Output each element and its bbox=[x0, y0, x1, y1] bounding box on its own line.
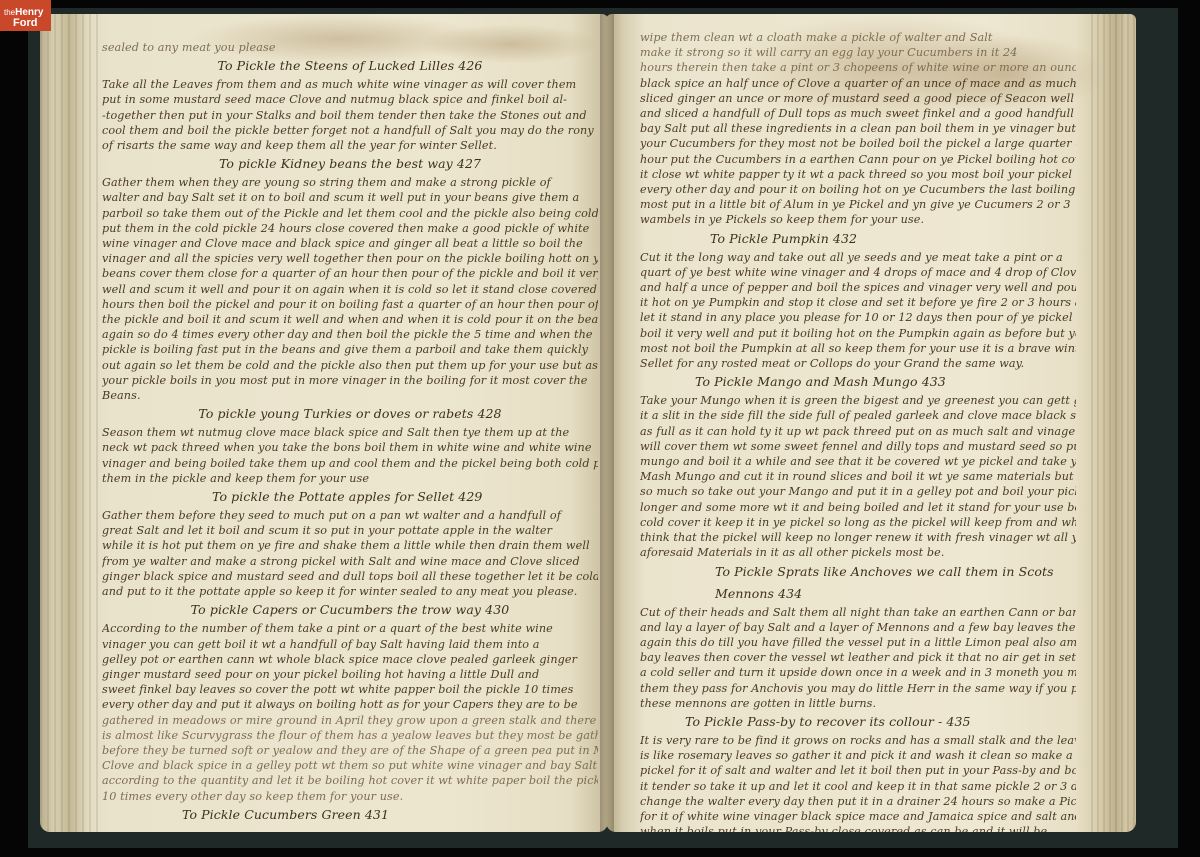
recipe-line: according to the quantity and let it be … bbox=[102, 773, 598, 788]
carryover-line: hour put the Cucumbers in a earthen Cann… bbox=[640, 152, 1076, 167]
carryover-line: bay Salt put all these ingredients in a … bbox=[640, 121, 1076, 136]
recipe-line: when it boils put in your Pass-by close … bbox=[640, 824, 1076, 832]
recipe-line: gelley pot or earthen cann wt whole blac… bbox=[102, 652, 598, 667]
recipe-title: To Pickle Pumpkin 432 bbox=[640, 228, 1076, 250]
recipe-line: walter and bay Salt set it on to boil an… bbox=[102, 190, 598, 205]
recipe-line: wine vinager and Clove mace and black sp… bbox=[102, 236, 598, 251]
carryover-line: every other day and pour it on boiling h… bbox=[640, 182, 1076, 197]
left-page-text: sealed to any meat you please To Pickle … bbox=[102, 40, 598, 826]
recipe-line: vinager you can gett boil it wt a handfu… bbox=[102, 637, 598, 652]
recipe-line: It is very rare to be find it grows on r… bbox=[640, 733, 1076, 748]
recipe-line: Take all the Leaves from them and as muc… bbox=[102, 77, 598, 92]
recipe-line: boil it very well and put it boiling hot… bbox=[640, 326, 1076, 341]
recipe-line: of risarts the same way and keep them al… bbox=[102, 138, 598, 153]
recipe-line: change the walter every day then put it … bbox=[640, 794, 1076, 809]
recipe-line: ginger mustard seed pour on your pickel … bbox=[102, 667, 598, 682]
carryover-line: your Cucumbers for they most not be boil… bbox=[640, 136, 1076, 151]
book-gutter bbox=[600, 14, 614, 832]
recipe-line: gathered in meadows or mire ground in Ap… bbox=[102, 713, 598, 728]
recipe-line: while it is hot put them on ye fire and … bbox=[102, 538, 598, 553]
recipe-line: great Salt and let it boil and scum it s… bbox=[102, 523, 598, 538]
recipe-line: will cover them wt some sweet fennel and… bbox=[640, 439, 1076, 454]
recipe-line: Take your Mungo when it is green the big… bbox=[640, 393, 1076, 408]
recipe-line: vinager and being boiled take them up an… bbox=[102, 456, 598, 471]
recipe-line: as full as it can hold ty it up wt pack … bbox=[640, 424, 1076, 439]
recipe-line: it a slit in the side fill the side full… bbox=[640, 408, 1076, 423]
recipe-line: every other day and put it always on boi… bbox=[102, 697, 598, 712]
recipe-line: sweet finkel bay leaves so cover the pot… bbox=[102, 682, 598, 697]
recipe-line: Gather them before they seed to much put… bbox=[102, 508, 598, 523]
recipe-line: Clove and black spice in a gelley pott w… bbox=[102, 758, 598, 773]
recipe-line: it hot on ye Pumpkin and stop it close a… bbox=[640, 295, 1076, 310]
recipe-line: longer and some more wt it and being boi… bbox=[640, 500, 1076, 515]
recipe-line: is almost like Scurvygrass the flour of … bbox=[102, 728, 598, 743]
recipe-title: To pickle young Turkies or doves or rabe… bbox=[102, 403, 598, 425]
recipe-line: -together then put in your Stalks and bo… bbox=[102, 108, 598, 123]
logo-the: the bbox=[4, 9, 15, 17]
recipe-line: is like rosemary leaves so gather it and… bbox=[640, 748, 1076, 763]
carryover-line: sealed to any meat you please bbox=[102, 40, 598, 55]
recipe-line: put them in the cold pickle 24 hours clo… bbox=[102, 221, 598, 236]
recipe-line: Season them wt nutmug clove mace black s… bbox=[102, 425, 598, 440]
recipe-title: To pickle Kidney beans the best way 427 bbox=[102, 153, 598, 175]
carryover-line: it close wt white papper ty it wt a pack… bbox=[640, 167, 1076, 182]
recipe-line: out again so let them be cold and the pi… bbox=[102, 358, 598, 373]
recipe-line: Beans. bbox=[102, 388, 598, 403]
right-page: wipe them clean wt a cloath make a pickl… bbox=[606, 14, 1136, 832]
recipe-line: neck wt pack threed when you take the bo… bbox=[102, 440, 598, 455]
carryover-line: wipe them clean wt a cloath make a pickl… bbox=[640, 30, 1076, 45]
recipe-line: Mash Mungo and cut it in round slices an… bbox=[640, 469, 1076, 484]
recipe-line: think that the pickel will keep no longe… bbox=[640, 530, 1076, 545]
recipe-line: Gather them when they are young so strin… bbox=[102, 175, 598, 190]
recipe-line: these mennons are gotten in little burns… bbox=[640, 696, 1076, 711]
recipe-line: it tender so take it up and let it cool … bbox=[640, 779, 1076, 794]
recipe-line: for it of white wine vinager black spice… bbox=[640, 809, 1076, 824]
recipe-line: and lay a layer of bay Salt and a layer … bbox=[640, 620, 1076, 635]
recipe-line: Sellet for any rosted meat or Collops do… bbox=[640, 356, 1076, 371]
carryover-line: hours therein then take a pint or 3 chop… bbox=[640, 60, 1076, 75]
recipe-line: pickel for it of salt and walter and let… bbox=[640, 763, 1076, 778]
recipe-line: pickle is boiling fast put in the beans … bbox=[102, 342, 598, 357]
recipe-line: let it stand in any place you please for… bbox=[640, 310, 1076, 325]
recipe-line: Cut it the long way and take out all ye … bbox=[640, 250, 1076, 265]
henry-ford-logo: theHenry Ford bbox=[0, 0, 51, 31]
recipe-line: put in some mustard seed mace Clove and … bbox=[102, 92, 598, 107]
recipe-line: quart of ye best white wine vinager and … bbox=[640, 265, 1076, 280]
recipe-line: well and scum it well and pour it on aga… bbox=[102, 282, 598, 297]
recipe-line: parboil so take them out of the Pickle a… bbox=[102, 206, 598, 221]
recipe-title: To pickle Capers or Cucumbers the trow w… bbox=[102, 599, 598, 621]
recipe-line: hours then boil the pickel and pour it o… bbox=[102, 297, 598, 312]
recipe-line: and half a unce of pepper and boil the s… bbox=[640, 280, 1076, 295]
recipe-line: 10 times every other day so keep them fo… bbox=[102, 789, 598, 804]
recipe-line: aforesaid Materials in it as all other p… bbox=[640, 545, 1076, 560]
recipe-title: To pickle the Pottate apples for Sellet … bbox=[102, 486, 598, 508]
logo-ford: Ford bbox=[4, 18, 49, 29]
recipe-line: again so do 4 times every other day and … bbox=[102, 327, 598, 342]
recipe-line: so much so take out your Mango and put i… bbox=[640, 484, 1076, 499]
recipe-title: To Pickle the Steens of Lucked Lilles 42… bbox=[102, 55, 598, 77]
recipe-line: bay leaves then cover the vessel wt leat… bbox=[640, 650, 1076, 665]
carryover-line: most put in a little bit of Alum in ye P… bbox=[640, 197, 1076, 212]
recipe-line: According to the number of them take a p… bbox=[102, 621, 598, 636]
recipe-line: them in the pickle and keep them for you… bbox=[102, 471, 598, 486]
recipe-line: most not boil the Pumpkin at all so keep… bbox=[640, 341, 1076, 356]
right-page-text: wipe them clean wt a cloath make a pickl… bbox=[640, 30, 1076, 832]
recipe-line: a cold seller and turn it upside down on… bbox=[640, 665, 1076, 680]
recipe-line: from ye walter and make a strong pickel … bbox=[102, 554, 598, 569]
open-manuscript-book: sealed to any meat you please To Pickle … bbox=[40, 14, 1170, 834]
recipe-line: beans cover them close for a quarter of … bbox=[102, 266, 598, 281]
recipe-line: your pickle boils in you most put in mor… bbox=[102, 373, 598, 388]
recipe-line: cool them and boil the pickle better for… bbox=[102, 123, 598, 138]
recipe-line: cold cover it keep it in ye pickel so lo… bbox=[640, 515, 1076, 530]
carryover-line: wambels in ye Pickels so keep them for y… bbox=[640, 212, 1076, 227]
recipe-line: before they be turned soft or yealow and… bbox=[102, 743, 598, 758]
recipe-line: the pickle and boil it and scum it well … bbox=[102, 312, 598, 327]
recipe-line: again this do till you have filled the v… bbox=[640, 635, 1076, 650]
recipe-title: To Pickle Cucumbers Green 431 bbox=[102, 804, 598, 826]
carryover-line: make it strong so it will carry an egg l… bbox=[640, 45, 1076, 60]
recipe-title: To Pickle Sprats like Anchoves we call t… bbox=[640, 561, 1076, 605]
recipe-line: Cut of their heads and Salt them all nig… bbox=[640, 605, 1076, 620]
recipe-line: and put to it the pottate apple so keep … bbox=[102, 584, 598, 599]
carryover-line: sliced ginger an unce or more of mustard… bbox=[640, 91, 1076, 106]
recipe-line: mungo and boil it a while and see that i… bbox=[640, 454, 1076, 469]
recipe-title: To Pickle Mango and Mash Mungo 433 bbox=[640, 371, 1076, 393]
recipe-line: ginger black spice and mustard seed and … bbox=[102, 569, 598, 584]
recipe-line: them they pass for Anchovis you may do l… bbox=[640, 681, 1076, 696]
recipe-title: To Pickle Pass-by to recover its collour… bbox=[640, 711, 1076, 733]
carryover-line: and sliced a handfull of Dull tops as mu… bbox=[640, 106, 1076, 121]
left-page: sealed to any meat you please To Pickle … bbox=[40, 14, 608, 832]
recipe-line: vinager and all the spicies very well to… bbox=[102, 251, 598, 266]
carryover-line: black spice an half unce of Clove a quar… bbox=[640, 76, 1076, 91]
